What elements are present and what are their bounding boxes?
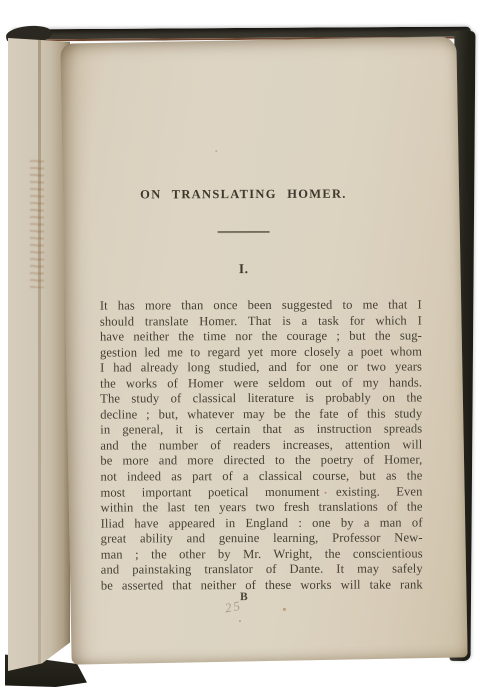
text-line: the works of Homer were seldom out of my… bbox=[100, 375, 422, 392]
text-line: be more and more directed to the poetry … bbox=[100, 453, 422, 470]
text-line: I had already long studied, and for one … bbox=[100, 360, 422, 377]
pencil-annotation: 25 bbox=[224, 598, 244, 617]
photo-backdrop: ON TRANSLATING HOMER. I. It has more tha… bbox=[0, 0, 503, 700]
text-line: man ; the other by Mr. Wright, the consc… bbox=[101, 546, 423, 563]
foxing-streaks bbox=[30, 158, 44, 288]
book-page: ON TRANSLATING HOMER. I. It has more tha… bbox=[60, 36, 467, 664]
text-line: not indeed as part of a classical course… bbox=[100, 468, 422, 485]
text-line: have neither the time nor the courage ; … bbox=[100, 329, 422, 346]
text-line: decline ; but, whatever may be the fate … bbox=[100, 406, 422, 423]
text-line: should translate Homer. That is a task f… bbox=[100, 313, 422, 330]
foxing-spot bbox=[215, 150, 217, 152]
title-divider-rule bbox=[218, 231, 270, 233]
text-line: great ability and genuine learning, Prof… bbox=[101, 531, 423, 548]
heading-group: ON TRANSLATING HOMER. I. bbox=[45, 39, 441, 40]
foxing-spot bbox=[324, 492, 326, 494]
foxing-spot bbox=[283, 608, 286, 611]
section-number: I. bbox=[46, 260, 442, 277]
page-text-layer: ON TRANSLATING HOMER. I. It has more tha… bbox=[65, 39, 463, 661]
text-line: most important poetical monument existin… bbox=[100, 484, 422, 501]
text-line: in general, it is certain that as instru… bbox=[100, 422, 422, 439]
body-paragraph: It has more than once been suggested to … bbox=[100, 297, 423, 594]
text-line: Iliad have appeared in England : one by … bbox=[101, 515, 423, 532]
flyleaf-page bbox=[8, 38, 70, 671]
text-line: gestion led me to regard yet more closel… bbox=[100, 344, 422, 361]
foxing-spot bbox=[239, 620, 241, 622]
text-line: The study of classical literature is pro… bbox=[100, 391, 422, 408]
text-line: It has more than once been suggested to … bbox=[100, 297, 422, 314]
signature-mark: B bbox=[46, 590, 442, 603]
text-line: within the last ten years two fresh tran… bbox=[101, 500, 423, 517]
text-line: and the number of readers increases, att… bbox=[100, 437, 422, 454]
gutter-crease bbox=[38, 38, 41, 671]
text-line: and painstaking translator of Dante. It … bbox=[101, 562, 423, 579]
chapter-title: ON TRANSLATING HOMER. bbox=[45, 186, 441, 202]
